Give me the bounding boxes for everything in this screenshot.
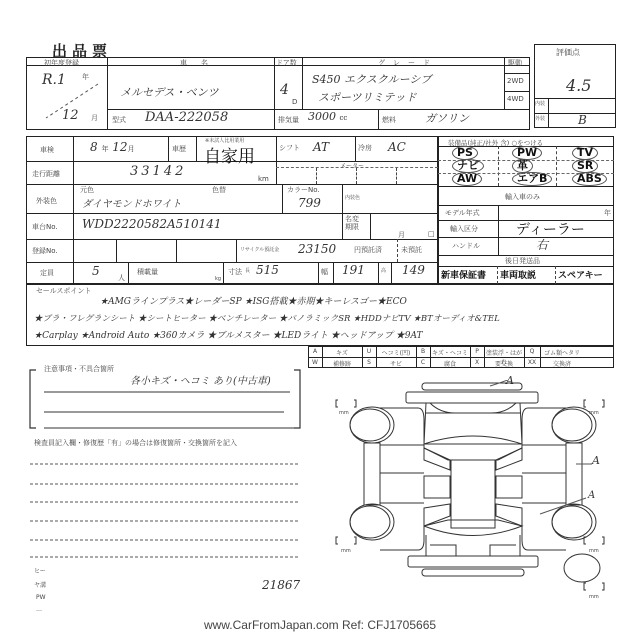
equipment-option: ナビ bbox=[452, 159, 484, 173]
car-name: メルセデス・ベンツ bbox=[120, 84, 219, 100]
legend-cell: ゴム類ヘタリ bbox=[540, 348, 584, 357]
model-code: DAA-222058 bbox=[145, 110, 228, 125]
color-number: 799 bbox=[298, 196, 321, 210]
first-reg-label: 初年度登録 bbox=[44, 58, 79, 68]
legend-cell: W bbox=[308, 359, 322, 366]
damage-mark-right-door: A bbox=[592, 454, 600, 467]
equipment-option: 革 bbox=[512, 159, 533, 173]
sales-point-line-2: ★ブラ・フレグランシート ★シートヒーター ★ベンチレーター ★パノラミックSR… bbox=[34, 312, 500, 324]
drive-4wd: 4WD bbox=[507, 95, 524, 103]
legend-cell: X bbox=[470, 359, 484, 366]
vin: WDD2220582A510141 bbox=[82, 217, 222, 231]
equipment-option: AW bbox=[452, 172, 482, 186]
legend-cell: キズ・ヘコミ bbox=[430, 348, 470, 357]
overall-score: 4.5 bbox=[566, 76, 591, 95]
equipment-option: TV bbox=[572, 146, 598, 160]
legend-cell: サビ bbox=[376, 359, 416, 368]
drive-2wd: 2WD bbox=[507, 77, 524, 85]
legend-cell: ヘコミ(凹) bbox=[376, 348, 416, 357]
capacity: 5 bbox=[92, 264, 100, 278]
legend-cell: キズ bbox=[322, 348, 362, 357]
grade-line1: S450 エクスクルーシブ bbox=[312, 71, 431, 87]
height: 149 bbox=[402, 263, 425, 277]
shift: AT bbox=[313, 140, 329, 154]
legend-cell: B bbox=[416, 348, 430, 355]
document-item: スペアキー bbox=[558, 268, 603, 281]
legend-cell: P bbox=[470, 348, 484, 355]
damage-mark-right-rear: A bbox=[588, 490, 595, 501]
fuel: ガソリン bbox=[425, 110, 469, 126]
footer-watermark: www.CarFromJapan.com Ref: CFJ1705665 bbox=[0, 618, 640, 632]
equipment-option: ABS bbox=[572, 172, 607, 186]
car-name-label: 車名 bbox=[180, 58, 222, 68]
grade-label: グレード bbox=[378, 58, 438, 68]
length: 515 bbox=[256, 263, 279, 277]
legend-cell: 要交換 bbox=[484, 359, 524, 368]
legend-cell: XX bbox=[524, 359, 540, 366]
displacement: 3000 cc bbox=[308, 110, 347, 123]
mileage: 33142 bbox=[130, 164, 186, 179]
usage-type: 自家用 bbox=[204, 142, 255, 167]
sales-point-line-3: ★Carplay ★Android Auto ★360カメラ ★ブルメスター ★… bbox=[34, 328, 423, 341]
import-type: ディーラー bbox=[516, 219, 585, 239]
document-item: 新車保証書 bbox=[441, 268, 486, 281]
legend-cell: 補修跡 bbox=[322, 359, 362, 368]
legend-cell: S bbox=[362, 359, 376, 366]
exterior-color: ダイヤモンドホワイト bbox=[82, 195, 182, 210]
notes-line-1: 各小キズ・ヘコミ あり(中古車) bbox=[130, 372, 271, 387]
inspector-number: 21867 bbox=[262, 578, 300, 592]
sales-point-line-1: ★AMGラインプラス★レーダーSP ★ISG搭載★赤期★キーレスゴー★ECO bbox=[100, 294, 407, 307]
document-item: 車両取説 bbox=[500, 268, 536, 281]
doors-value: 4 bbox=[280, 82, 289, 98]
damage-mark-front: A bbox=[506, 374, 514, 387]
legend-cell: C bbox=[416, 359, 430, 366]
legend-cell: A bbox=[308, 348, 322, 355]
width: 191 bbox=[342, 263, 365, 277]
doors-label: ドア数 bbox=[276, 58, 297, 68]
legend-cell: 腐食 bbox=[430, 359, 470, 368]
exterior-score: B bbox=[578, 113, 587, 127]
legend-cell: 交換済 bbox=[540, 359, 584, 368]
air-conditioner: AC bbox=[388, 140, 406, 154]
grade-line2: スポーツリミテッド bbox=[318, 89, 417, 105]
recycle-fee: 23150 bbox=[298, 242, 336, 256]
equipment-option: エアB bbox=[512, 172, 552, 186]
repair-lines bbox=[28, 460, 308, 570]
legend-cell: U bbox=[362, 348, 376, 355]
equipment-option: PS bbox=[452, 146, 478, 160]
inspection-date: 8 年 12月 bbox=[90, 140, 135, 154]
handle-side: 右 bbox=[536, 236, 548, 253]
legend-cell: Q bbox=[524, 348, 540, 355]
equipment-option: PW bbox=[512, 146, 542, 160]
